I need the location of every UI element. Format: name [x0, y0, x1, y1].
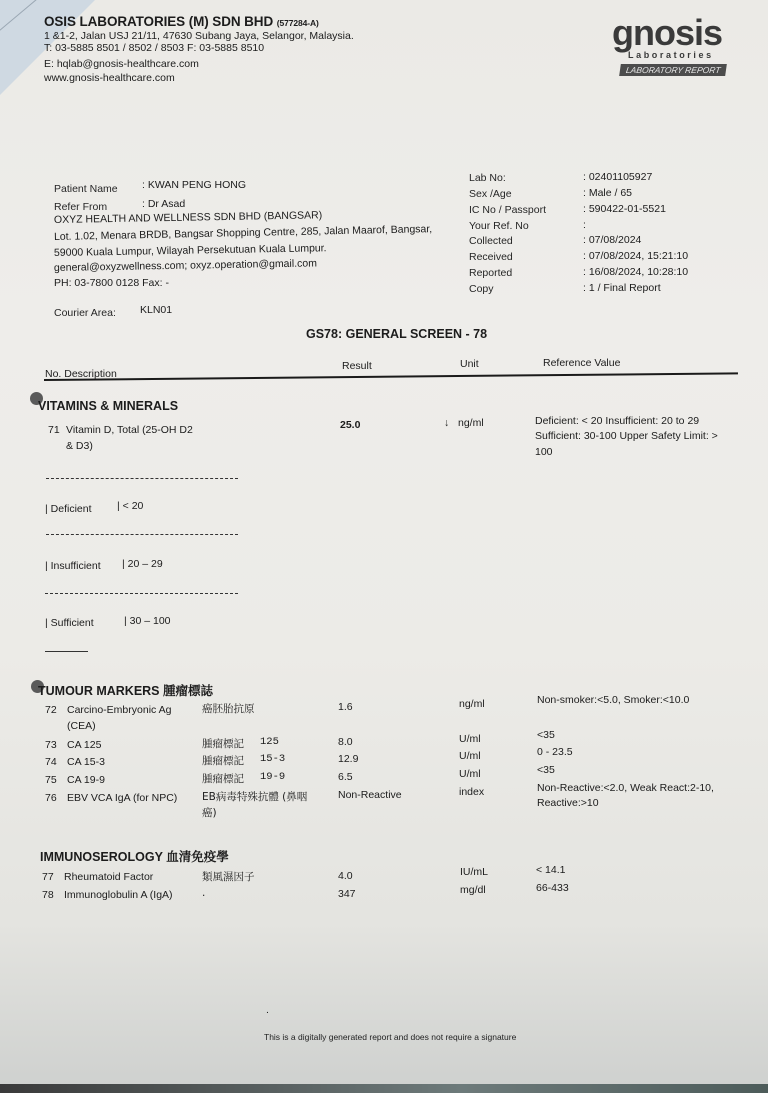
col-header-reference: Reference Value — [543, 357, 620, 369]
row-71-no: 71 — [48, 424, 60, 436]
lab-info-value: : 1 / Final Report — [583, 282, 661, 294]
row-78-no: 78 — [42, 889, 54, 901]
legend-insufficient-label: | Insufficient — [45, 560, 101, 572]
row-77-unit: IU/mL — [460, 866, 488, 878]
row-78-reference: 66-433 — [536, 882, 569, 894]
row-76-unit: index — [459, 786, 484, 798]
row-76-reference: Non-Reactive:<2.0, Weak React:2-10, — [537, 782, 714, 794]
report-type-badge: LABORATORY REPORT — [619, 64, 727, 76]
row-71-result: 25.0 — [340, 419, 360, 431]
clinic-email: general@oxyzwellness.com; oxyz.operation… — [54, 257, 317, 274]
row-74-cjk-name: 腫瘤標記 — [202, 753, 244, 768]
row-77-cjk-name: 類風濕因子 — [202, 869, 255, 884]
company-phone: T: 03-5885 8501 / 8502 / 8503 F: 03-5885… — [44, 42, 264, 54]
lab-info-label: Reported — [469, 267, 512, 279]
row-71-ref-2: Sufficient: 30-100 Upper Safety Limit: > — [535, 430, 718, 442]
row-74-result: 12.9 — [338, 753, 358, 765]
footer-dot: . — [266, 1004, 269, 1016]
row-77-no: 77 — [42, 871, 54, 883]
row-75-no: 75 — [45, 774, 57, 786]
row-72-desc: Carcino-Embryonic Ag — [67, 704, 171, 716]
logo-wordmark: gnosis — [612, 16, 732, 50]
row-76-desc: EBV VCA IgA (for NPC) — [67, 792, 177, 804]
row-71-ref-1: Deficient: < 20 Insufficient: 20 to 29 — [535, 415, 699, 427]
col-header-result: Result — [342, 360, 372, 372]
courier-area-value: KLN01 — [140, 304, 172, 316]
row-75-desc: CA 19-9 — [67, 774, 105, 786]
courier-area-label: Courier Area: — [54, 307, 116, 319]
row-71-desc-2: & D3) — [66, 440, 93, 452]
lab-info-label: Sex /Age — [469, 188, 512, 200]
row-72-unit: ng/ml — [459, 698, 485, 710]
lab-info-value: : 16/08/2024, 10:28:10 — [583, 266, 688, 278]
legend-deficient-label: | Deficient — [45, 503, 92, 515]
legend-insufficient-range: | 20 – 29 — [122, 558, 163, 570]
gnosis-logo: gnosis Laboratories LABORATORY REPORT — [612, 16, 732, 78]
lab-info-value: : — [583, 219, 586, 231]
row-73-cjk-name: 腫瘤標記 — [202, 736, 244, 751]
lab-info-label: IC No / Passport — [469, 204, 546, 216]
row-75-cjk-suffix: 19-9 — [260, 771, 285, 783]
digital-report-note: This is a digitally generated report and… — [264, 1032, 516, 1042]
row-73-no: 73 — [45, 739, 57, 751]
company-website: www.gnosis-healthcare.com — [44, 72, 175, 84]
clinic-phone: PH: 03-7800 0128 Fax: - — [54, 277, 169, 289]
row-75-unit: U/ml — [459, 768, 481, 780]
row-73-desc: CA 125 — [67, 739, 101, 751]
section-title-vitamins: VITAMINS & MINERALS — [38, 399, 178, 413]
row-78-result: 347 — [338, 888, 356, 900]
refer-from-label: Refer From — [54, 201, 107, 213]
row-71-unit: ng/ml — [458, 417, 484, 429]
lab-info-value: : 07/08/2024, 15:21:10 — [583, 250, 688, 262]
low-flag-icon: ↓ — [444, 417, 449, 429]
patient-name-label: Patient Name — [54, 183, 118, 195]
row-76-reference: Reactive:>10 — [537, 797, 599, 809]
row-74-cjk-suffix: 15-3 — [260, 753, 285, 765]
row-75-result: 6.5 — [338, 771, 353, 783]
row-78-desc: Immunoglobulin A (IgA) — [64, 889, 173, 901]
row-74-no: 74 — [45, 756, 57, 768]
lab-info-label: Collected — [469, 235, 513, 247]
company-name: OSIS LABORATORIES (M) SDN BHD (577284-A) — [44, 14, 319, 29]
legend-sufficient-range: | 30 – 100 — [124, 615, 171, 627]
company-reg-no: (577284-A) — [277, 18, 319, 28]
row-72-reference: Non-smoker:<5.0, Smoker:<10.0 — [537, 694, 689, 706]
row-74-reference: 0 - 23.5 — [537, 746, 573, 758]
row-78-unit: mg/dl — [460, 884, 486, 896]
company-email: E: hqlab@gnosis-healthcare.com — [44, 58, 199, 70]
lab-info-label: Copy — [469, 283, 494, 295]
row-76-cjk-name-2: 癌) — [202, 805, 217, 820]
row-77-result: 4.0 — [338, 870, 353, 882]
lab-info-value: : Male / 65 — [583, 187, 632, 199]
row-75-cjk-name: 腫瘤標記 — [202, 771, 244, 786]
row-72-cjk-name: 癌胚胎抗原 — [202, 701, 255, 716]
col-header-unit: Unit — [460, 358, 479, 370]
row-76-no: 76 — [45, 792, 57, 804]
section-title-tumour: TUMOUR MARKERS 腫瘤標誌 — [38, 681, 213, 699]
lab-info-label: Lab No: — [469, 172, 506, 184]
lab-info-label: Your Ref. No — [469, 220, 529, 232]
legend-sufficient-label: | Sufficient — [45, 617, 94, 629]
row-72-desc: (CEA) — [67, 720, 96, 732]
lab-info-value: : 590422-01-5521 — [583, 203, 666, 215]
lab-report-page: OSIS LABORATORIES (M) SDN BHD (577284-A)… — [0, 0, 768, 1085]
row-72-no: 72 — [45, 704, 57, 716]
header-rule — [44, 372, 738, 380]
row-71-desc-1: Vitamin D, Total (25-OH D2 — [66, 424, 193, 436]
row-77-reference: < 14.1 — [536, 864, 566, 876]
lab-info-value: : 07/08/2024 — [583, 234, 641, 246]
row-77-desc: Rheumatoid Factor — [64, 871, 153, 883]
clinic-address-1: Lot. 1.02, Menara BRDB, Bangsar Shopping… — [54, 223, 432, 243]
row-75-reference: <35 — [537, 764, 555, 776]
clinic-address-2: 59000 Kuala Lumpur, Wilayah Persekutuan … — [54, 242, 327, 259]
row-76-cjk-name: EB病毒特殊抗體 (鼻咽 — [202, 789, 307, 804]
table-surface — [0, 1084, 768, 1093]
report-title: GS78: GENERAL SCREEN - 78 — [306, 327, 487, 341]
row-78-cjk-name: . — [202, 887, 205, 899]
row-73-result: 8.0 — [338, 736, 353, 748]
patient-name-value: : KWAN PENG HONG — [142, 179, 246, 191]
refer-from-value: : Dr Asad — [142, 198, 185, 210]
company-address: 1 &1-2, Jalan USJ 21/11, 47630 Subang Ja… — [44, 30, 354, 42]
row-72-result: 1.6 — [338, 701, 353, 713]
legend-deficient-range: | < 20 — [117, 500, 143, 512]
row-74-unit: U/ml — [459, 750, 481, 762]
row-74-desc: CA 15-3 — [67, 756, 105, 768]
lab-info-label: Received — [469, 251, 513, 263]
section-title-immuno: IMMUNOSEROLOGY 血清免疫學 — [40, 847, 229, 865]
row-73-cjk-suffix: 125 — [260, 736, 279, 748]
row-76-result: Non-Reactive — [338, 789, 402, 801]
lab-info-value: : 02401105927 — [583, 171, 652, 183]
row-73-reference: <35 — [537, 729, 555, 741]
row-73-unit: U/ml — [459, 733, 481, 745]
row-71-ref-3: 100 — [535, 446, 553, 458]
